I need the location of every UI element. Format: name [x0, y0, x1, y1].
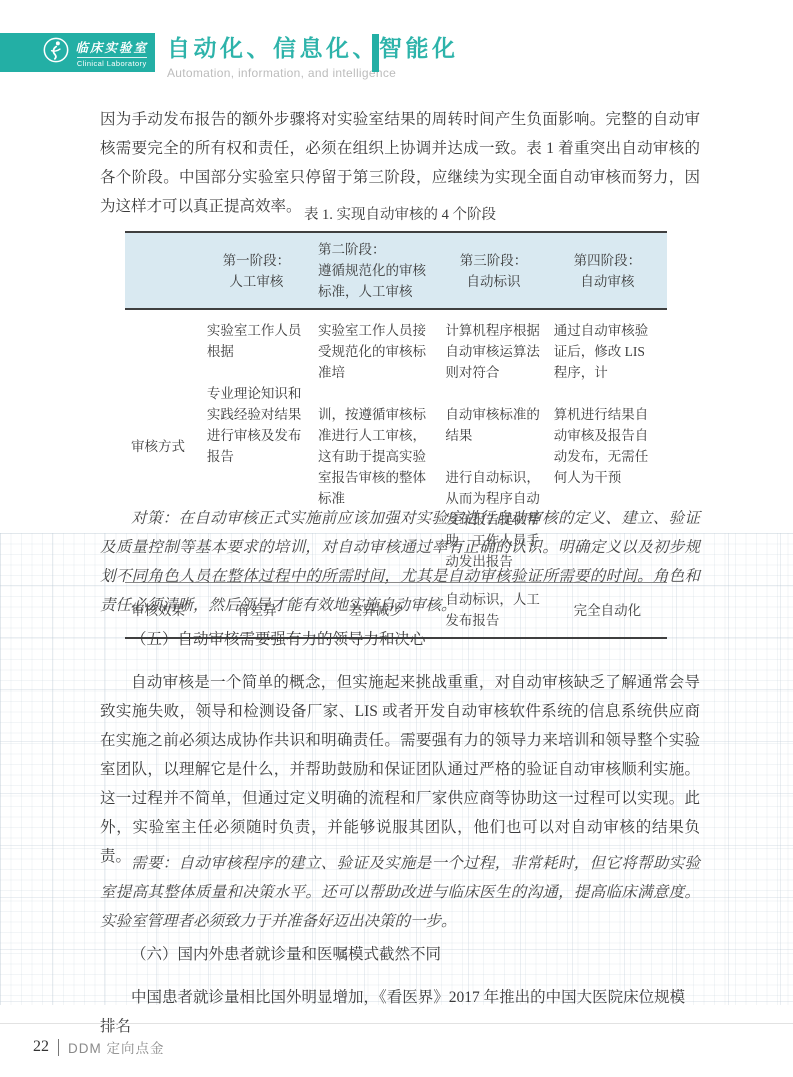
page-subtitle: Automation, information, and intelligenc…	[167, 66, 459, 80]
logo-chinese-name: 临床实验室	[75, 38, 148, 56]
strategy-paragraph: 对策：在自动审核正式实施前应该加强对实验室进行自动审核的定义、建立、验证及质量控…	[100, 504, 700, 620]
table-header-stage3: 第三阶段： 自动标识	[439, 233, 547, 308]
section5-heading: （五）自动审核需要强有力的领导力和决心	[100, 625, 700, 654]
clinical-laboratory-logo: 临床实验室 Clinical Laboratory	[0, 33, 155, 72]
page-number: 22	[33, 1038, 49, 1056]
table-header-empty	[125, 233, 201, 308]
footer-rule	[0, 1023, 793, 1024]
section5-paragraph: 自动审核是一个简单的概念，但实施起来挑战重重，对自动审核缺乏了解通常会导致实施失…	[100, 668, 700, 871]
page-title: 自动化、信息化、智能化	[167, 30, 459, 63]
section6-heading: （六）国内外患者就诊量和医嘱模式截然不同	[100, 940, 700, 969]
document-page: 临床实验室 Clinical Laboratory 自动化、信息化、智能化 Au…	[0, 0, 793, 1077]
logo-english-name: Clinical Laboratory	[77, 57, 147, 68]
title-accent-bar	[372, 34, 379, 72]
table-caption: 表 1. 实现自动审核的 4 个阶段	[100, 203, 700, 224]
table-header-stage1: 第一阶段： 人工审核	[201, 233, 312, 308]
clinical-laboratory-logo-icon	[42, 36, 70, 69]
footer: 22 DDM 定向点金	[33, 1037, 165, 1057]
footer-separator	[58, 1039, 59, 1056]
table-header-stage2: 第二阶段： 遵循规范化的审核标准，人工审核	[312, 233, 439, 308]
need-paragraph: 需要：自动审核程序的建立、验证及实施是一个过程，非常耗时，但它将帮助实验室提高其…	[100, 849, 700, 936]
footer-brand: DDM 定向点金	[68, 1037, 165, 1057]
section6-paragraph: 中国患者就诊量相比国外明显增加，《看医界》2017 年推出的中国大医院床位规模排…	[100, 983, 700, 1041]
table-header-row: 第一阶段： 人工审核 第二阶段： 遵循规范化的审核标准，人工审核 第三阶段： 自…	[125, 233, 667, 310]
table-header-stage4: 第四阶段： 自动审核	[548, 233, 667, 308]
